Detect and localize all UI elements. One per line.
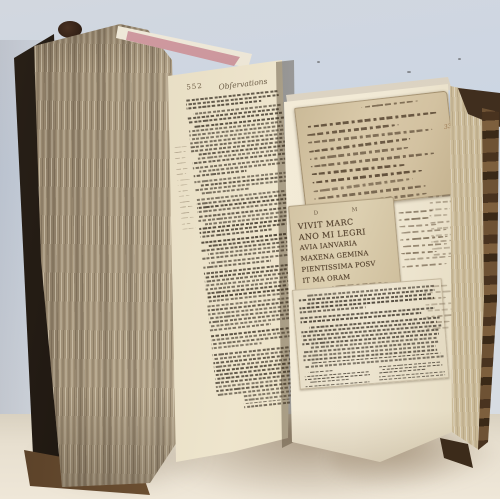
text-line: [308, 370, 332, 373]
text-line: [182, 223, 191, 225]
text-line: [429, 208, 450, 211]
text-line: [398, 216, 431, 221]
letter-date-line: [361, 98, 433, 108]
text-line: [181, 217, 194, 219]
pasted-handwritten-letter: [294, 91, 459, 212]
text-line: [314, 184, 426, 200]
inscription-text: VIVIT MARC ANO MI LEGRI AVIA IANVARIA MA…: [297, 213, 400, 287]
text-line: [361, 100, 418, 109]
text-line: [175, 162, 186, 164]
text-line: [425, 296, 446, 299]
text-line: [174, 151, 186, 154]
text-line: [177, 179, 190, 181]
text-line: [311, 152, 435, 168]
text-line: [178, 190, 188, 192]
photo-antique-book-scene: 552 Obſervations D M VIVIT MARC ANO MI L…: [0, 0, 500, 499]
text-line: [178, 184, 188, 186]
text-line: [182, 228, 196, 231]
text-line: [429, 214, 447, 217]
text-line: [431, 240, 451, 243]
text-line: [179, 195, 190, 197]
wall-speck: [317, 61, 320, 63]
wall-speck: [407, 71, 411, 73]
text-line: [179, 200, 191, 203]
wall-speck: [458, 58, 461, 60]
text-line: [430, 220, 452, 223]
text-line: [176, 168, 188, 170]
text-line: [180, 212, 190, 214]
text-line: [427, 326, 452, 329]
page-number: 552: [186, 82, 203, 92]
text-line: [174, 146, 188, 149]
text-line: [427, 320, 450, 323]
text-line: [426, 308, 455, 311]
text-line: [431, 233, 452, 236]
text-line: [180, 206, 193, 209]
text-line: [176, 173, 186, 175]
text-line: [402, 263, 447, 269]
text-line: [424, 284, 448, 287]
text-line: [175, 157, 186, 159]
clipping-text-block: [298, 285, 443, 360]
running-header: Obſervations: [218, 77, 268, 92]
text-line: [425, 302, 456, 306]
